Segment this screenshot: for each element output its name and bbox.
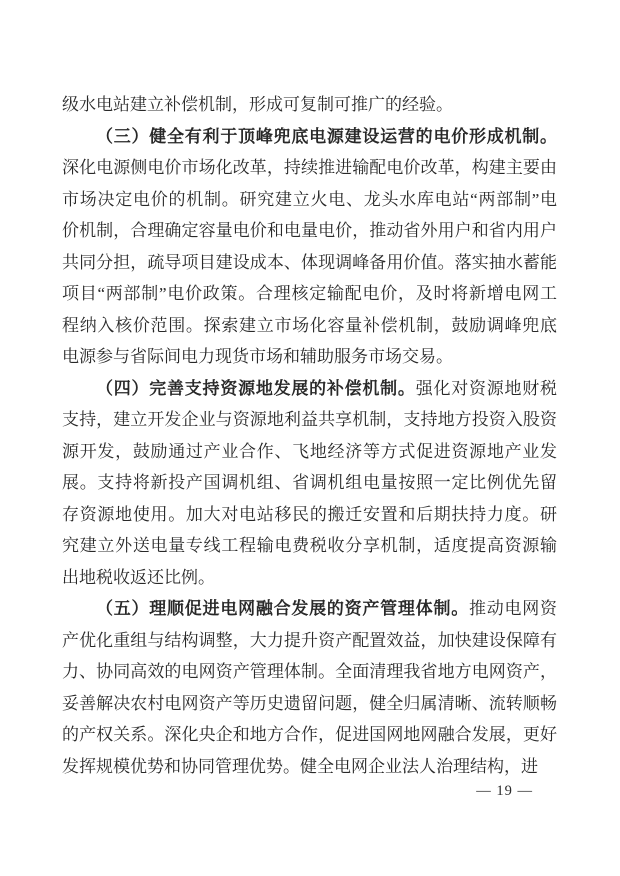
text-line: 市场决定电价的机制。研究建立火电、龙头水库电站“两部制”电: [62, 184, 557, 216]
body-text: 项目“两部制”电价政策。合理核定输配电价，及时将新增电网工: [62, 284, 557, 303]
body-text: 发挥规模优势和协同管理优势。健全电网企业法人治理结构，进: [62, 757, 538, 776]
body-text: 支持，建立开发企业与资源地利益共享机制，支持地方投资入股资: [62, 410, 557, 429]
text-line: （五）理顺促进电网融合发展的资产管理体制。推动电网资: [62, 593, 557, 625]
section-heading-text: （五）理顺促进电网融合发展的资产管理体制。: [96, 599, 469, 618]
text-line: 发挥规模优势和协同管理优势。健全电网企业法人治理结构，进: [62, 751, 557, 783]
text-line: 力、协同高效的电网资产管理体制。全面清理我省地方电网资产，: [62, 656, 557, 688]
body-text: 深化电源侧电价市场化改革，持续推进输配电价改革，构建主要由: [62, 158, 557, 177]
document-page: 级水电站建立补偿机制，形成可复制可推广的经验。（三）健全有利于顶峰兜底电源建设运…: [0, 0, 620, 876]
body-text: 共同分担，疏导项目建设成本、体现调峰备用价值。落实抽水蓄能: [62, 253, 557, 272]
body-text: 妥善解决农村电网资产等历史遗留问题，健全归属清晰、流转顺畅: [62, 694, 557, 713]
body-text: 的产权关系。深化央企和地方合作，促进国网地网融合发展，更好: [62, 725, 557, 744]
text-line: （三）健全有利于顶峰兜底电源建设运营的电价形成机制。: [62, 121, 557, 153]
body-text: 市场决定电价的机制。研究建立火电、龙头水库电站“两部制”电: [62, 190, 557, 209]
page-number: — 19 —: [476, 781, 533, 801]
text-line: 级水电站建立补偿机制，形成可复制可推广的经验。: [62, 89, 557, 121]
body-text: 力、协同高效的电网资产管理体制。全面清理我省地方电网资产，: [62, 662, 557, 681]
body-text: 展。支持将新投产国调机组、省调机组电量按照一定比例优先留: [62, 473, 557, 492]
text-line: 展。支持将新投产国调机组、省调机组电量按照一定比例优先留: [62, 467, 557, 499]
section-heading-text: （四）完善支持资源地发展的补偿机制。: [96, 379, 416, 398]
text-line: 妥善解决农村电网资产等历史遗留问题，健全归属清晰、流转顺畅: [62, 688, 557, 720]
text-line: 共同分担，疏导项目建设成本、体现调峰备用价值。落实抽水蓄能: [62, 247, 557, 279]
body-text: 推动电网资: [469, 599, 557, 618]
text-line: 程纳入核价范围。探索建立市场化容量补偿机制，鼓励调峰兜底: [62, 310, 557, 342]
text-line: 电源参与省际间电力现货市场和辅助服务市场交易。: [62, 341, 557, 373]
text-line: 存资源地使用。加大对电站移民的搬迁安置和后期扶持力度。研: [62, 499, 557, 531]
body-text: 级水电站建立补偿机制，形成可复制可推广的经验。: [62, 95, 453, 114]
text-line: 价机制，合理确定容量电价和电量电价，推动省外用户和省内用户: [62, 215, 557, 247]
body-text: 产优化重组与结构调整，大力提升资产配置效益，加快建设保障有: [62, 631, 557, 650]
body-text: 究建立外送电量专线工程输电费税收分享机制，适度提高资源输: [62, 536, 557, 555]
body-text: 出地税收返还比例。: [62, 568, 215, 587]
text-line: 究建立外送电量专线工程输电费税收分享机制，适度提高资源输: [62, 530, 557, 562]
text-line: 出地税收返还比例。: [62, 562, 557, 594]
text-line: （四）完善支持资源地发展的补偿机制。强化对资源地财税: [62, 373, 557, 405]
body-text: 程纳入核价范围。探索建立市场化容量补偿机制，鼓励调峰兜底: [62, 316, 557, 335]
body-text: 源开发，鼓励通过产业合作、飞地经济等方式促进资源地产业发: [62, 442, 557, 461]
text-line: 产优化重组与结构调整，大力提升资产配置效益，加快建设保障有: [62, 625, 557, 657]
body-text: 价机制，合理确定容量电价和电量电价，推动省外用户和省内用户: [62, 221, 557, 240]
document-text: 级水电站建立补偿机制，形成可复制可推广的经验。（三）健全有利于顶峰兜底电源建设运…: [62, 89, 557, 782]
text-line: 支持，建立开发企业与资源地利益共享机制，支持地方投资入股资: [62, 404, 557, 436]
section-heading-text: （三）健全有利于顶峰兜底电源建设运营的电价形成机制。: [96, 127, 557, 146]
body-text: 存资源地使用。加大对电站移民的搬迁安置和后期扶持力度。研: [62, 505, 557, 524]
body-text: 电源参与省际间电力现货市场和辅助服务市场交易。: [62, 347, 453, 366]
text-line: 源开发，鼓励通过产业合作、飞地经济等方式促进资源地产业发: [62, 436, 557, 468]
body-text: 强化对资源地财税: [416, 379, 557, 398]
text-line: 深化电源侧电价市场化改革，持续推进输配电价改革，构建主要由: [62, 152, 557, 184]
text-line: 的产权关系。深化央企和地方合作，促进国网地网融合发展，更好: [62, 719, 557, 751]
text-line: 项目“两部制”电价政策。合理核定输配电价，及时将新增电网工: [62, 278, 557, 310]
